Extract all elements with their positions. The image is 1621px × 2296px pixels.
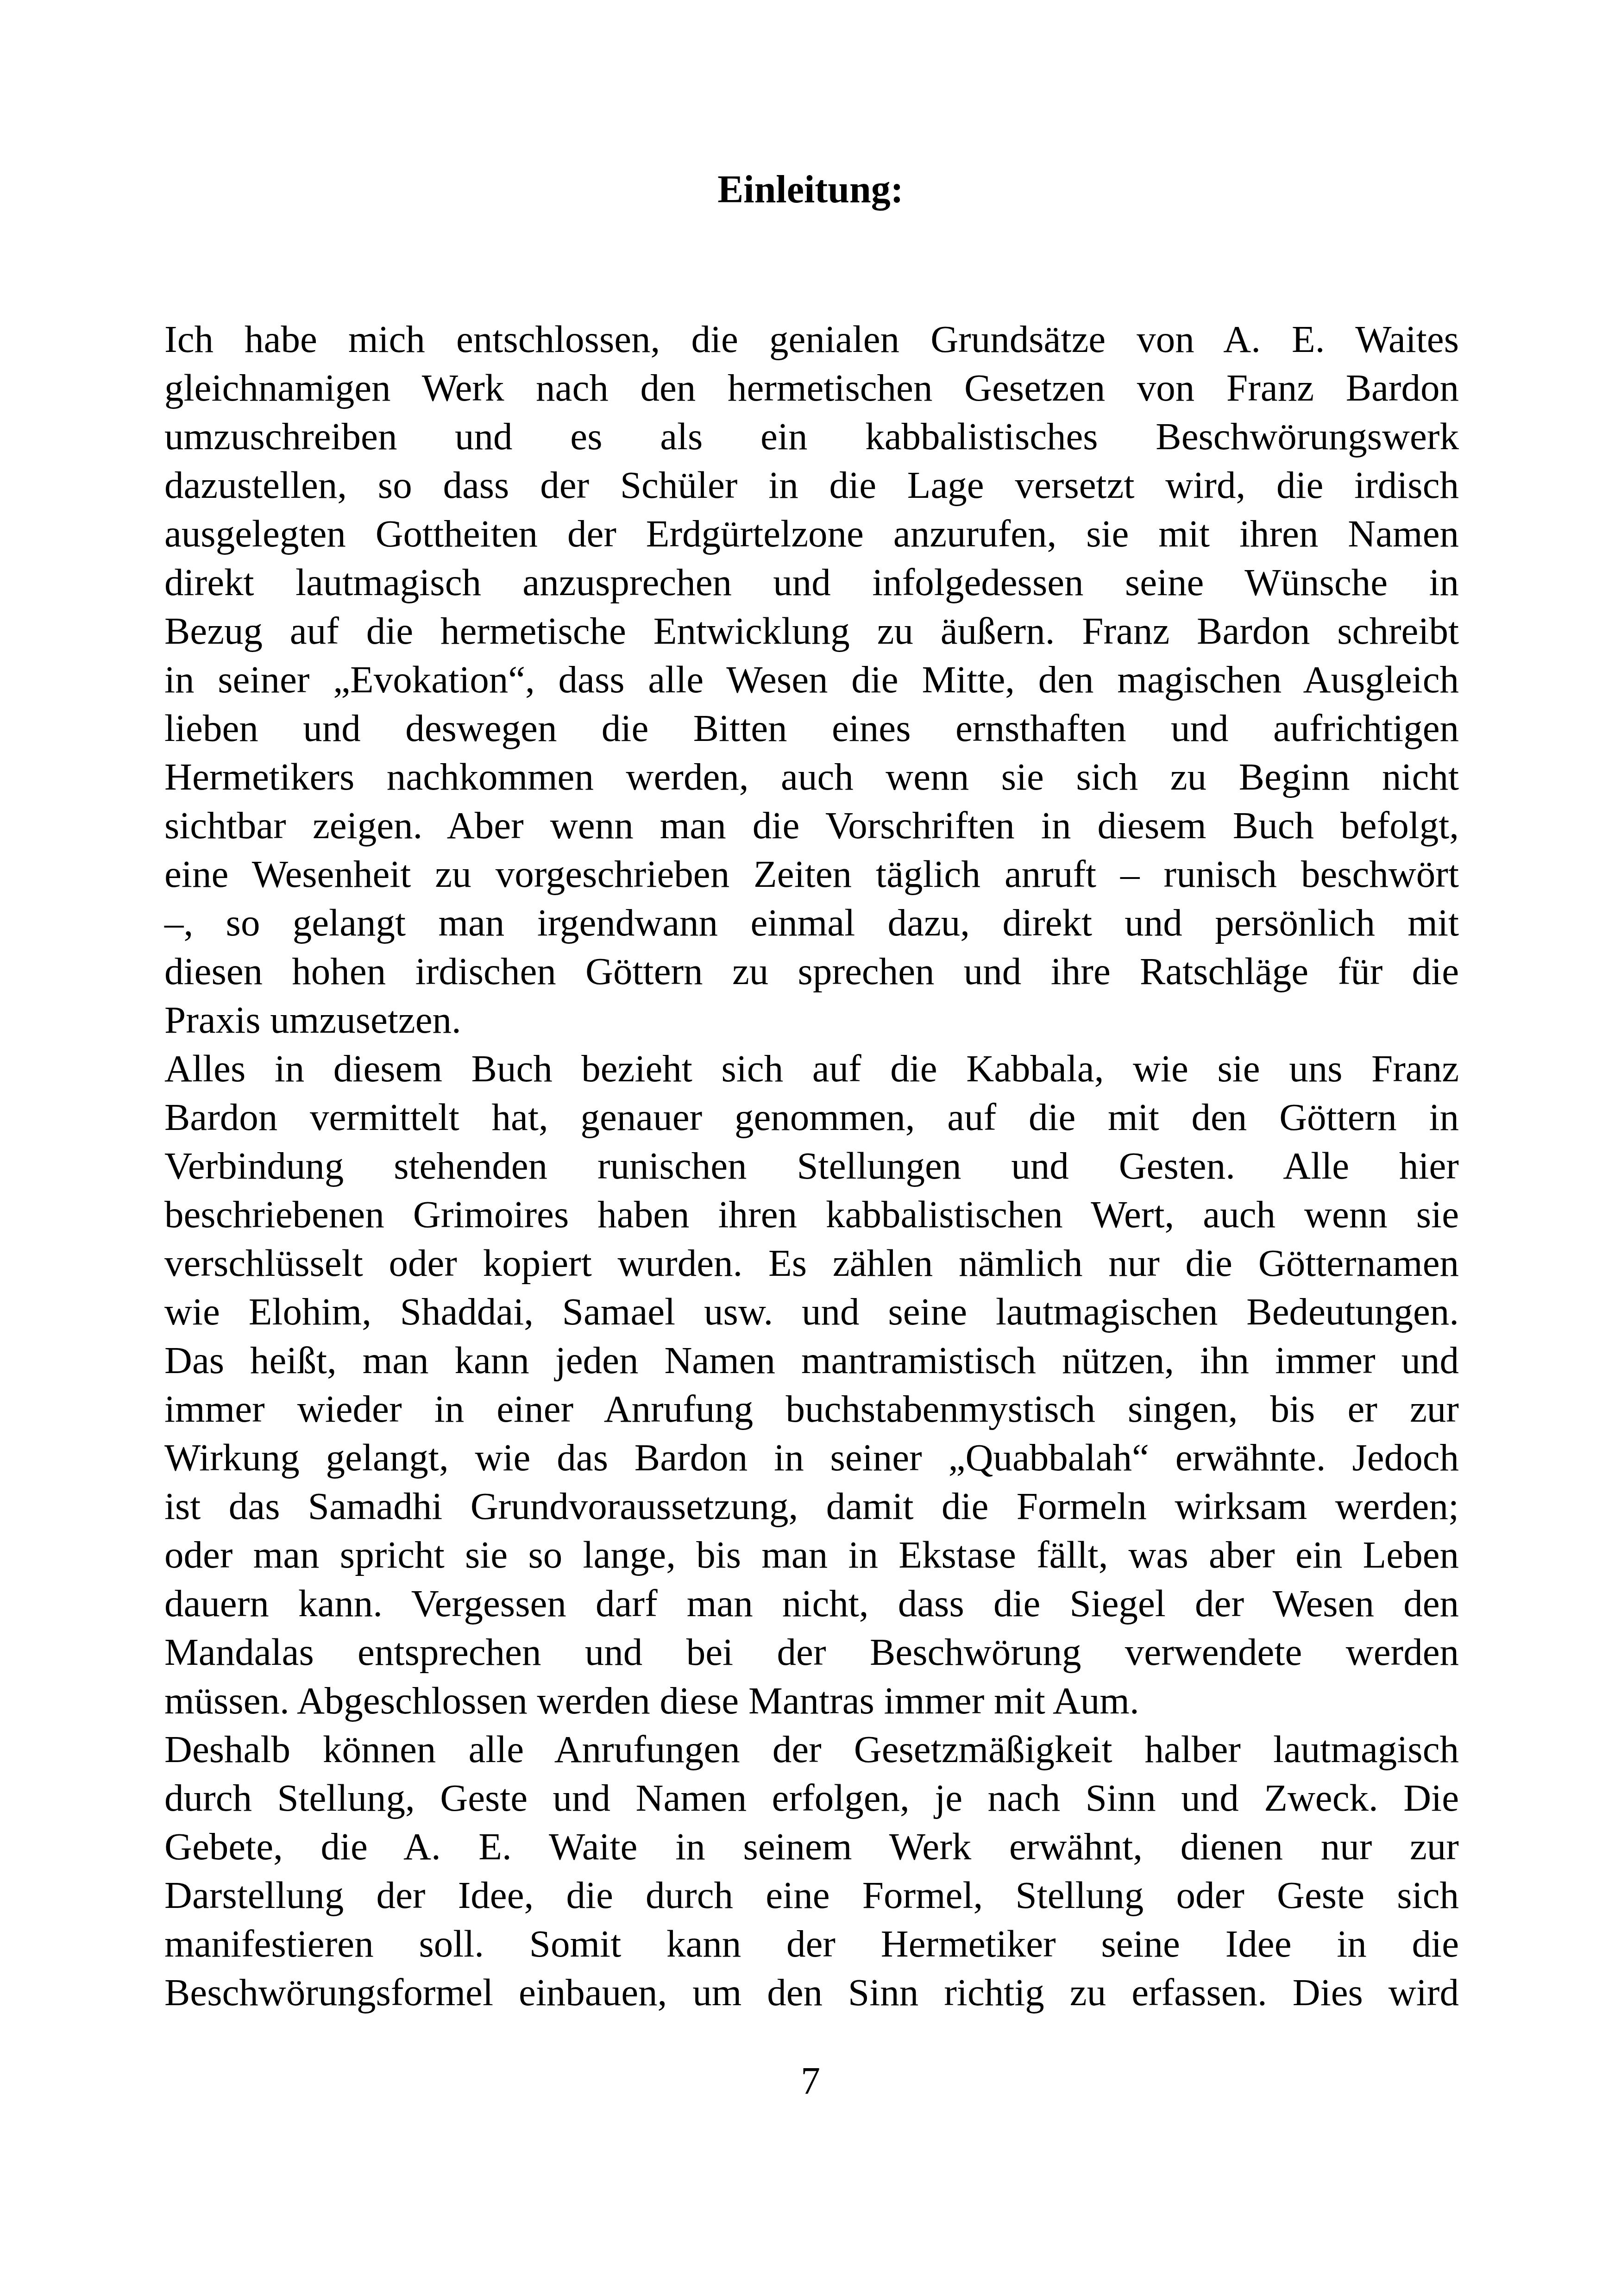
page-number: 7 — [0, 2056, 1621, 2107]
paragraph-2: Alles in diesem Buch bezieht sich auf di… — [164, 1044, 1459, 1725]
text-line: in seiner „Evokation“, dass alle Wesen d… — [164, 655, 1459, 704]
paragraph-3: Deshalb können alle Anrufungen der Geset… — [164, 1725, 1459, 2017]
text-line: –, so gelangt man irgendwann einmal dazu… — [164, 898, 1459, 947]
text-line: durch Stellung, Geste und Namen erfolgen… — [164, 1774, 1459, 1822]
document-page: Einleitung: Ich habe mich entschlossen, … — [0, 0, 1621, 2296]
body-text: Ich habe mich entschlossen, die genialen… — [164, 315, 1459, 2017]
text-line: dazustellen, so dass der Schüler in die … — [164, 461, 1459, 509]
text-line: sichtbar zeigen. Aber wenn man die Vorsc… — [164, 801, 1459, 850]
text-line: eine Wesenheit zu vorgeschrieben Zeiten … — [164, 850, 1459, 898]
text-line: Alles in diesem Buch bezieht sich auf di… — [164, 1044, 1459, 1093]
text-line: Bardon vermittelt hat, genauer genommen,… — [164, 1093, 1459, 1142]
text-line: lieben und deswegen die Bitten eines ern… — [164, 704, 1459, 753]
page-title: Einleitung: — [0, 164, 1621, 215]
text-line: Verbindung stehenden runischen Stellunge… — [164, 1142, 1459, 1190]
text-line: Deshalb können alle Anrufungen der Geset… — [164, 1725, 1459, 1774]
text-line: Beschwörungsformel einbauen, um den Sinn… — [164, 1968, 1459, 2017]
text-line: Darstellung der Idee, die durch eine For… — [164, 1871, 1459, 1920]
text-line: wie Elohim, Shaddai, Samael usw. und sei… — [164, 1287, 1459, 1336]
text-line: Mandalas entsprechen und bei der Beschwö… — [164, 1628, 1459, 1676]
text-line: dauern kann. Vergessen darf man nicht, d… — [164, 1579, 1459, 1628]
text-line: immer wieder in einer Anrufung buchstabe… — [164, 1385, 1459, 1433]
text-line: müssen. Abgeschlossen werden diese Mantr… — [164, 1676, 1459, 1725]
text-line: Gebete, die A. E. Waite in seinem Werk e… — [164, 1822, 1459, 1871]
text-line: Wirkung gelangt, wie das Bardon in seine… — [164, 1433, 1459, 1482]
text-line: verschlüsselt oder kopiert wurden. Es zä… — [164, 1239, 1459, 1287]
text-line: oder man spricht sie so lange, bis man i… — [164, 1531, 1459, 1579]
text-line: ist das Samadhi Grundvoraussetzung, dami… — [164, 1482, 1459, 1531]
text-line: direkt lautmagisch anzusprechen und info… — [164, 558, 1459, 607]
text-line: gleichnamigen Werk nach den hermetischen… — [164, 364, 1459, 412]
text-line: Praxis umzusetzen. — [164, 996, 1459, 1044]
text-line: Hermetikers nachkommen werden, auch wenn… — [164, 753, 1459, 801]
text-line: Ich habe mich entschlossen, die genialen… — [164, 315, 1459, 364]
text-line: manifestieren soll. Somit kann der Herme… — [164, 1920, 1459, 1968]
text-line: Bezug auf die hermetische Entwicklung zu… — [164, 607, 1459, 655]
text-line: Das heißt, man kann jeden Namen mantrami… — [164, 1336, 1459, 1385]
text-line: diesen hohen irdischen Göttern zu sprech… — [164, 947, 1459, 996]
text-line: umzuschreiben und es als ein kabbalistis… — [164, 412, 1459, 461]
text-line: ausgelegten Gottheiten der Erdgürtelzone… — [164, 509, 1459, 558]
text-line: beschriebenen Grimoires haben ihren kabb… — [164, 1190, 1459, 1239]
paragraph-1: Ich habe mich entschlossen, die genialen… — [164, 315, 1459, 1044]
